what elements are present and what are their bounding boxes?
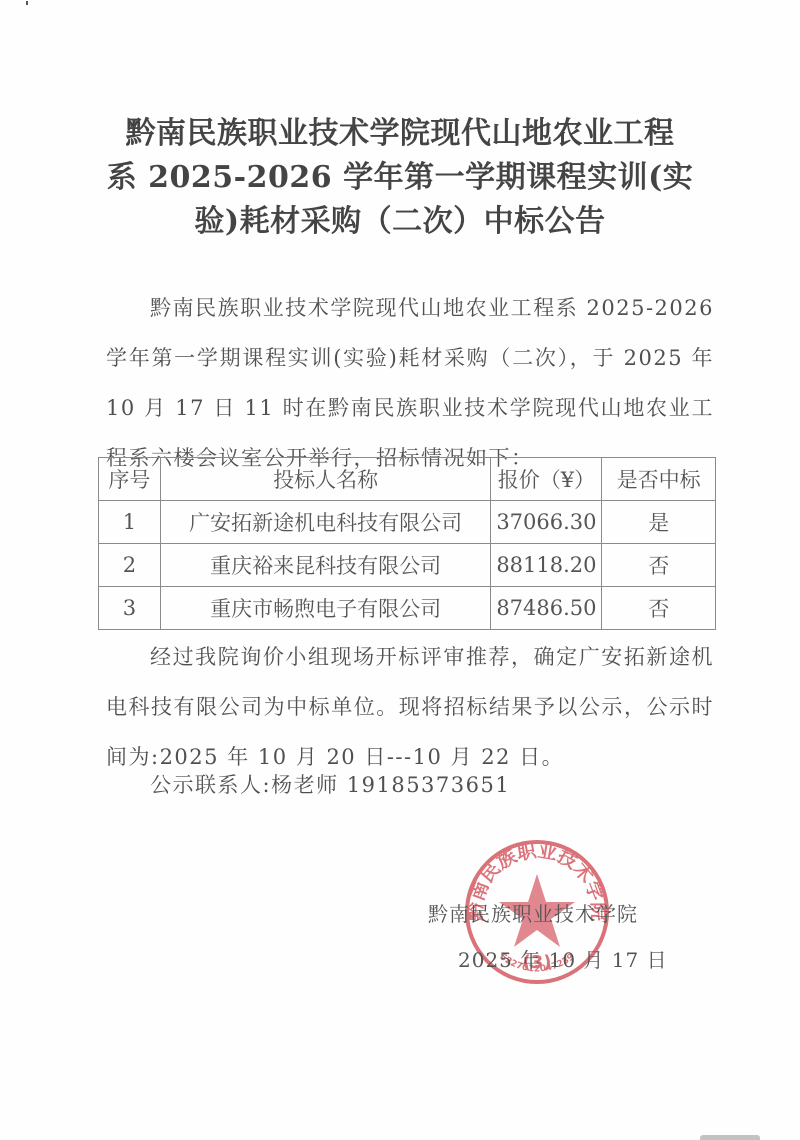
header-bidder: 投标人名称 <box>160 458 491 501</box>
document-title: 黔南民族职业技术学院现代山地农业工程 系 2025-2026 学年第一学期课程实… <box>100 112 700 244</box>
cell-price: 87486.50 <box>491 587 602 630</box>
bid-results-table: 序号 投标人名称 报价（¥） 是否中标 1 广安拓新途机电科技有限公司 3706… <box>98 457 716 630</box>
table-row: 3 重庆市畅煦电子有限公司 87486.50 否 <box>99 587 716 630</box>
cell-no: 2 <box>99 544 161 587</box>
title-line-3: 验)耗材采购（二次）中标公告 <box>100 200 700 244</box>
contact-paragraph: 公示联系人:杨老师 19185373651 <box>106 760 714 810</box>
title-line-1: 黔南民族职业技术学院现代山地农业工程 <box>100 112 700 156</box>
cell-bidder: 广安拓新途机电科技有限公司 <box>160 501 491 544</box>
cell-won: 否 <box>602 544 716 587</box>
table-row: 2 重庆裕来昆科技有限公司 88118.20 否 <box>99 544 716 587</box>
header-won: 是否中标 <box>602 458 716 501</box>
cell-no: 1 <box>99 501 161 544</box>
scan-edge-mark <box>700 1135 760 1140</box>
title-line-2: 系 2025-2026 学年第一学期课程实训(实 <box>100 156 700 200</box>
header-price: 报价（¥） <box>491 458 602 501</box>
document-page: 黔南民族职业技术学院现代山地农业工程 系 2025-2026 学年第一学期课程实… <box>0 0 800 1140</box>
cell-won: 是 <box>602 501 716 544</box>
cell-bidder: 重庆市畅煦电子有限公司 <box>160 587 491 630</box>
signature-date: 2025 年 10 月 17 日 <box>458 944 668 973</box>
cell-no: 3 <box>99 587 161 630</box>
table-row: 1 广安拓新途机电科技有限公司 37066.30 是 <box>99 501 716 544</box>
header-no: 序号 <box>99 458 161 501</box>
result-text: 经过我院询价小组现场开标评审推荐，确定广安拓新途机电科技有限公司为中标单位。现将… <box>106 645 714 769</box>
scan-speck <box>26 1 28 5</box>
cell-price: 88118.20 <box>491 544 602 587</box>
contact-text: 公示联系人:杨老师 19185373651 <box>150 773 510 797</box>
cell-won: 否 <box>602 587 716 630</box>
cell-price: 37066.30 <box>491 501 602 544</box>
cell-bidder: 重庆裕来昆科技有限公司 <box>160 544 491 587</box>
signature-organization: 黔南民族职业技术学院 <box>428 898 638 927</box>
intro-paragraph: 黔南民族职业技术学院现代山地农业工程系 2025-2026 学年第一学期课程实训… <box>106 283 714 483</box>
intro-text: 黔南民族职业技术学院现代山地农业工程系 2025-2026 学年第一学期课程实训… <box>106 296 714 470</box>
table-header-row: 序号 投标人名称 报价（¥） 是否中标 <box>99 458 716 501</box>
